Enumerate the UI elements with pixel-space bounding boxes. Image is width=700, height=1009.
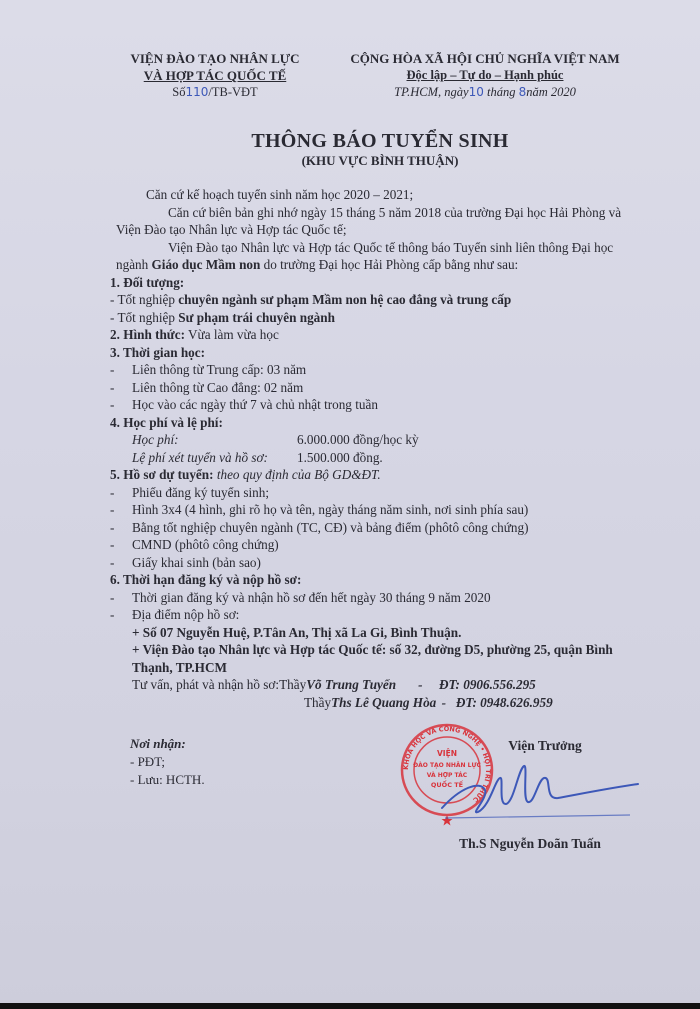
- intro-paragraph-1: Căn cứ kế hoạch tuyển sinh năm học 2020 …: [116, 186, 646, 204]
- recipient-item: - Lưu: HCTH.: [130, 771, 205, 789]
- section-6-heading: 6. Thời hạn đăng ký và nộp hồ sơ:: [110, 571, 646, 589]
- section-5-item: -Bằng tốt nghiệp chuyên ngành (TC, CĐ) v…: [110, 519, 646, 537]
- signer-role: Viện Trưởng: [460, 738, 630, 754]
- section-2: 2. Hình thức: Vừa làm vừa học: [110, 326, 646, 344]
- national-motto: Độc lập – Tự do – Hạnh phúc: [335, 67, 635, 84]
- fee-row: Lệ phí xét tuyển và hồ sơ:1.500.000 đồng…: [110, 449, 646, 467]
- section-1-item: - Tốt nghiệp chuyên ngành sư phạm Mầm no…: [110, 291, 646, 309]
- section-6-item: -Địa điểm nộp hồ sơ:: [110, 606, 646, 624]
- intro-paragraph-2: Căn cứ biên bản ghi nhớ ngày 15 tháng 5 …: [94, 204, 646, 239]
- section-5-item: -Phiếu đăng ký tuyển sinh;: [110, 484, 646, 502]
- section-3-heading: 3. Thời gian học:: [110, 344, 646, 362]
- section-4-heading: 4. Học phí và lệ phí:: [110, 414, 646, 432]
- recipients-heading: Nơi nhận:: [130, 735, 205, 753]
- section-3-item: -Học vào các ngày thứ 7 và chủ nhật tron…: [110, 396, 646, 414]
- section-5-item: -CMND (phôtô công chứng): [110, 536, 646, 554]
- section-6-item: -Thời gian đăng ký và nhận hồ sơ đến hết…: [110, 589, 646, 607]
- section-1-heading: 1. Đối tượng:: [110, 274, 646, 292]
- recipient-item: - PĐT;: [130, 753, 205, 771]
- handwritten-signature-icon: [440, 760, 640, 835]
- section-5-item: -Giấy khai sinh (bản sao): [110, 554, 646, 572]
- contact-row: Thầy Ths Lê Quang Hòa - ĐT: 0948.626.959: [110, 694, 646, 712]
- location-1: + Số 07 Nguyễn Huệ, P.Tân An, Thị xã La …: [110, 624, 646, 642]
- document-number: Số110/TB-VĐT: [100, 84, 330, 101]
- recipients: Nơi nhận: - PĐT; - Lưu: HCTH.: [130, 735, 205, 789]
- section-5-item: -Hình 3x4 (4 hình, ghi rõ họ và tên, ngà…: [110, 501, 646, 519]
- bottom-edge: [0, 1003, 700, 1009]
- fee-row: Học phí:6.000.000 đồng/học kỳ: [110, 431, 646, 449]
- national-title: CỘNG HÒA XÃ HỘI CHỦ NGHĨA VIỆT NAM: [335, 50, 635, 67]
- handwritten-number: 110: [185, 85, 208, 99]
- section-5-heading: 5. Hồ sơ dự tuyển: theo quy định của Bộ …: [110, 466, 646, 484]
- document-body: Căn cứ kế hoạch tuyển sinh năm học 2020 …: [116, 186, 646, 711]
- document-subtitle: (KHU VỰC BÌNH THUẬN): [100, 153, 660, 169]
- svg-text:VIỆN: VIỆN: [437, 749, 457, 758]
- location-2: + Viện Đào tạo Nhân lực và Hợp tác Quốc …: [110, 641, 646, 676]
- contact-row: Tư vấn, phát và nhận hồ sơ: Thầy Võ Trun…: [110, 676, 646, 694]
- document-date: TP.HCM, ngày10 tháng 8năm 2020: [335, 84, 635, 101]
- section-3-item: -Liên thông từ Trung cấp: 03 năm: [110, 361, 646, 379]
- national-header: CỘNG HÒA XÃ HỘI CHỦ NGHĨA VIỆT NAM Độc l…: [335, 50, 635, 101]
- signer-name: Th.S Nguyễn Doãn Tuấn: [430, 836, 630, 852]
- issuer-line-2: VÀ HỢP TÁC QUỐC TẾ: [100, 67, 330, 84]
- issuer-line-1: VIỆN ĐÀO TẠO NHÂN LỰC: [100, 50, 330, 67]
- issuer-header: VIỆN ĐÀO TẠO NHÂN LỰC VÀ HỢP TÁC QUỐC TẾ…: [100, 50, 330, 101]
- intro-paragraph-3: Viện Đào tạo Nhân lực và Hợp tác Quốc tế…: [94, 239, 646, 274]
- section-1-item: - Tốt nghiệp Sư phạm trái chuyên ngành: [110, 309, 646, 327]
- document-title: THÔNG BÁO TUYỂN SINH: [100, 130, 660, 153]
- section-3-item: -Liên thông từ Cao đẳng: 02 năm: [110, 379, 646, 397]
